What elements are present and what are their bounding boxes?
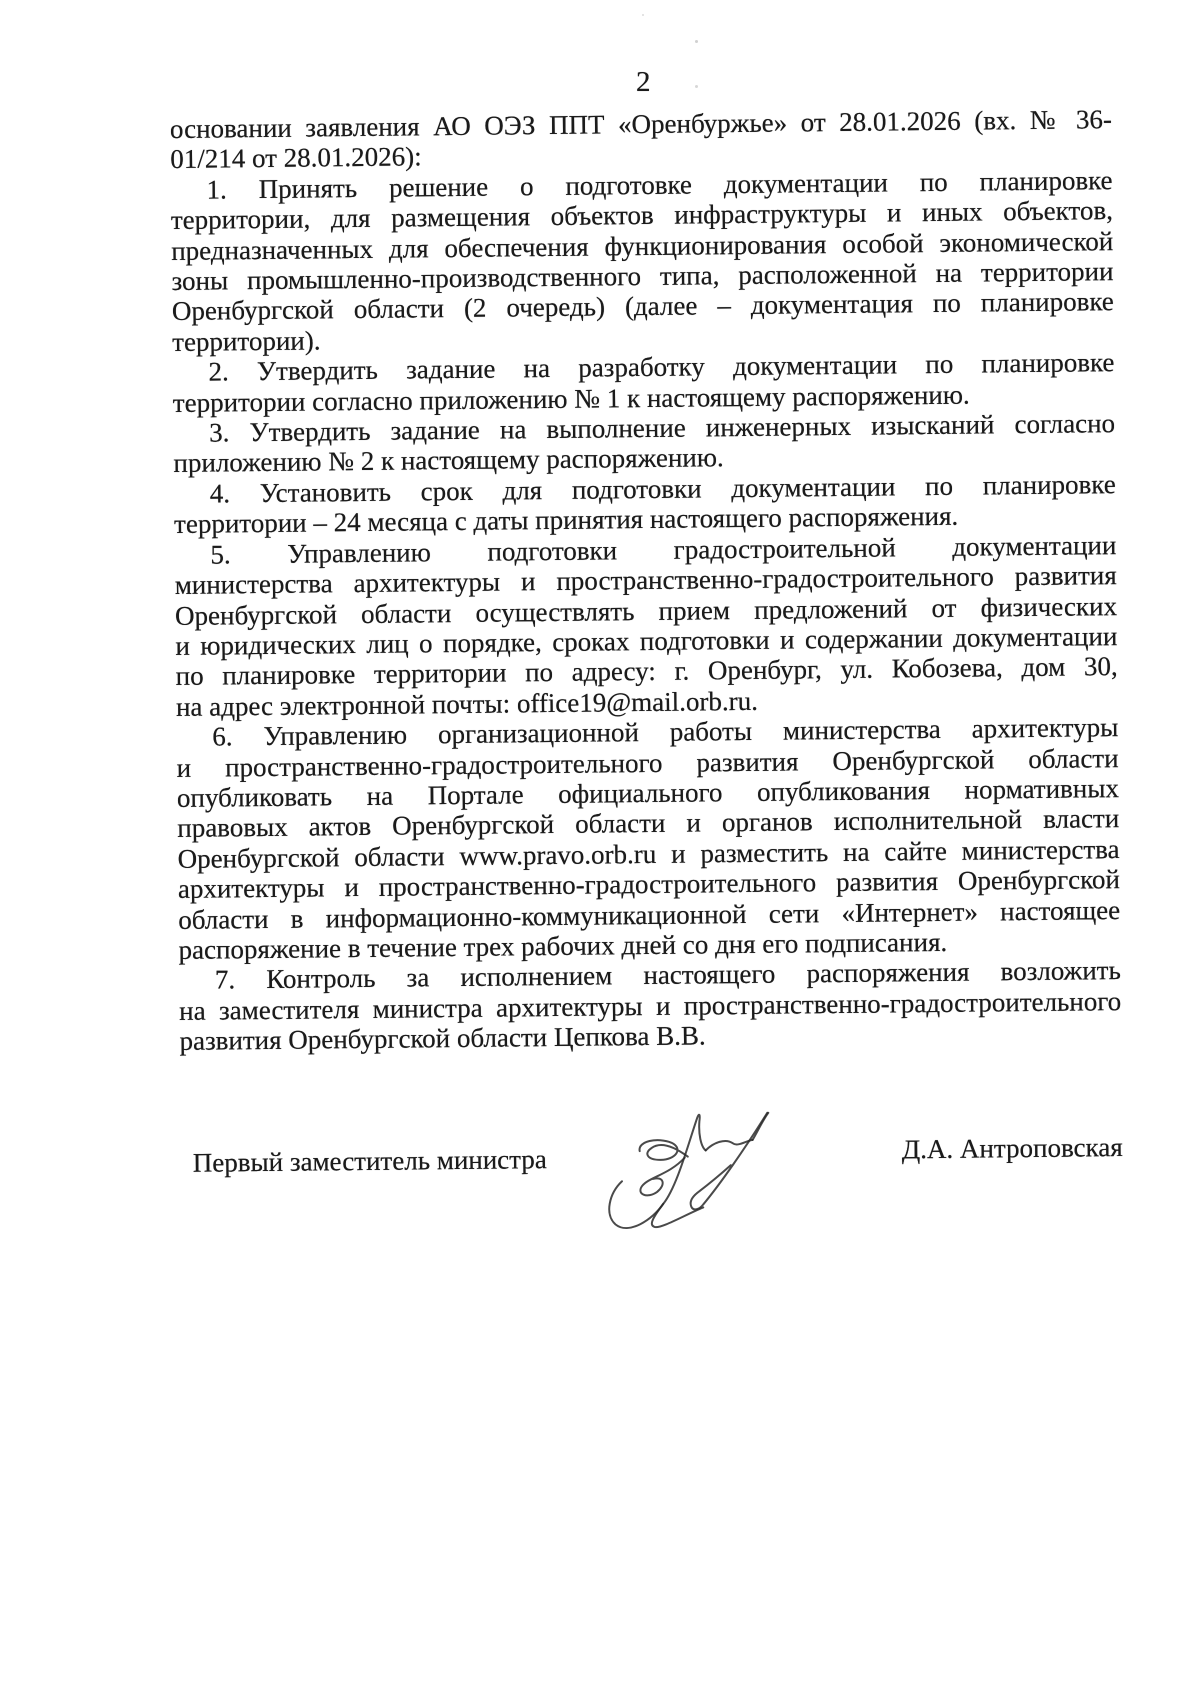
paragraph-1: 1. Принять решение о подготовке документ… [170,165,1114,357]
paragraph-4: 4. Установить срок для подготовки докуме… [174,469,1117,540]
paragraph-6: 6. Управлению организационной работы мин… [176,712,1120,965]
scan-speckle [695,85,698,88]
paragraph-2: 2. Утвердить задание на разработку докум… [172,347,1115,418]
paragraph-3: 3. Утвердить задание на выполнение инжен… [173,408,1116,479]
scan-speckle [642,14,644,16]
document-content: основании заявления АО ОЭЗ ППТ «Оренбурж… [170,104,1124,1304]
paragraph-7: 7. Контроль за исполнением настоящего ра… [179,955,1122,1056]
signatory-name: Д.А. Антроповская [902,1132,1123,1165]
document-page: { "page_number": "2", "colors": { "ink":… [0,0,1200,1697]
paragraph-0: основании заявления АО ОЭЗ ППТ «Оренбурж… [170,104,1113,175]
handwritten-signature-icon [594,1093,826,1255]
paragraph-5: 5. Управлению подготовки градостроительн… [174,530,1118,722]
page-number: 2 [636,68,651,97]
scan-speckle [695,40,698,43]
document-body: основании заявления АО ОЭЗ ППТ «Оренбурж… [170,104,1122,1056]
signatory-position: Первый заместитель министра [193,1144,547,1179]
